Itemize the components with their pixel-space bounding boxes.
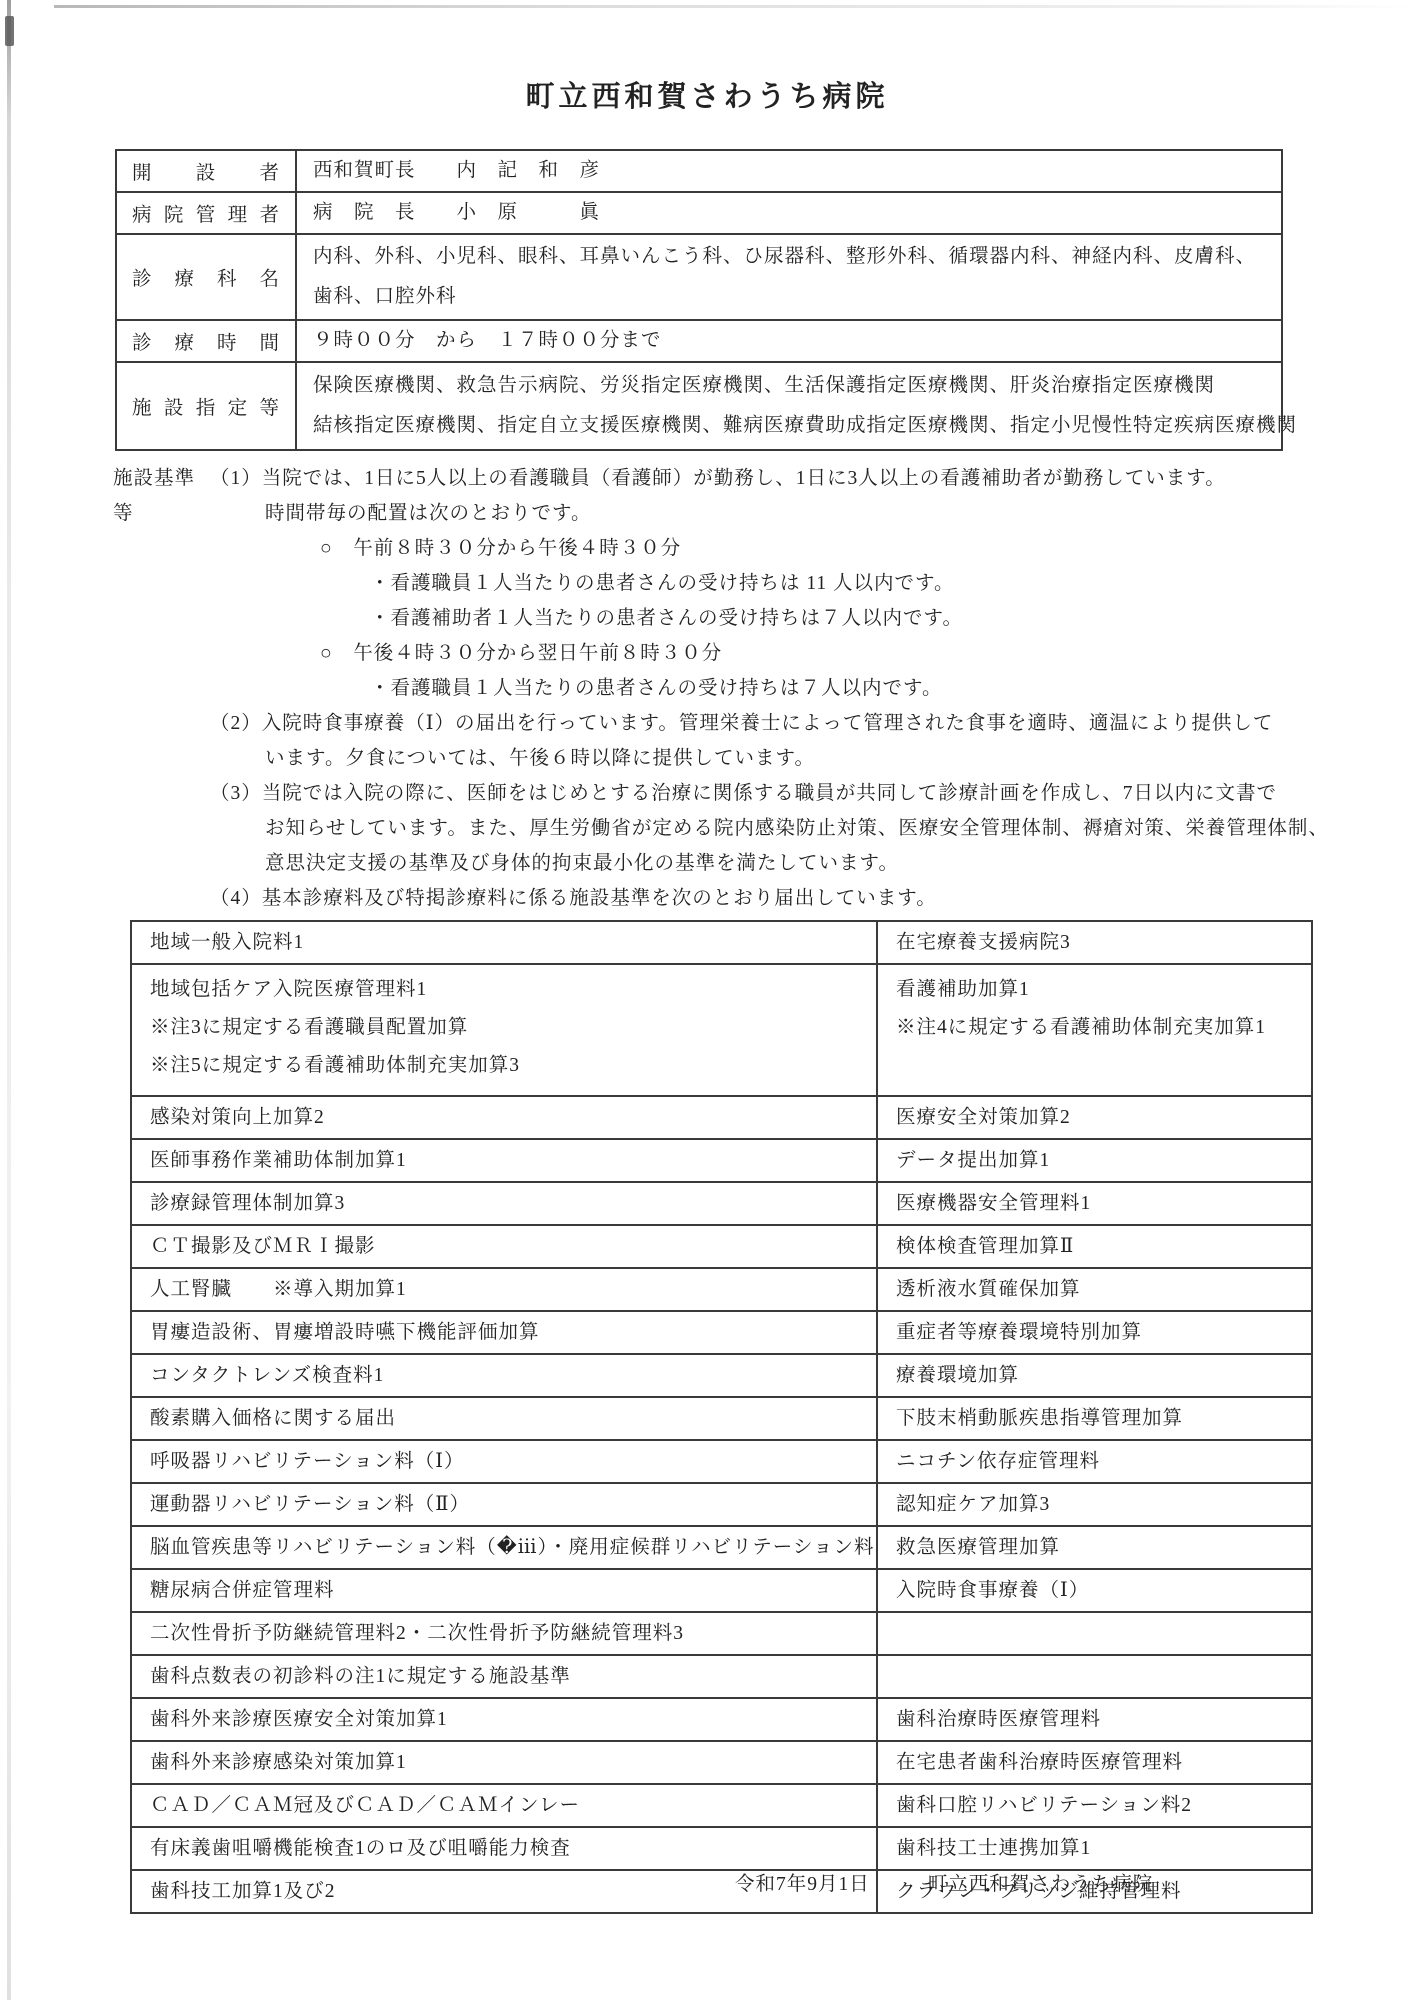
scan-artifact-top-edge xyxy=(54,5,1414,8)
scanned-document-page: 町立西和賀さわうち病院 開設者西和賀町長 内 記 和 彦病院管理者病 院 長 小… xyxy=(0,0,1414,2000)
standards-line: ・看護職員１人当たりの患者さんの受け持ちは７人以内です。 xyxy=(370,671,1329,706)
fee-cell-line: 救急医療管理加算 xyxy=(896,1528,1303,1568)
info-table-row: 診療科名内科、外科、小児科、眼科、耳鼻いんこう科、ひ尿器科、整形外科、循環器内科… xyxy=(116,234,1282,320)
fee-cell-line: 有床義歯咀嚼機能検査1のロ及び咀嚼能力検査 xyxy=(150,1829,868,1869)
fee-table-row: 歯科外来診療医療安全対策加算1歯科治療時医療管理料 xyxy=(131,1698,1312,1741)
facility-standards-text: （1）当院では、1日に5人以上の看護職員（看護師）が勤務し、1日に3人以上の看護… xyxy=(210,461,1329,916)
fee-cell-line: 感染対策向上加算2 xyxy=(150,1098,868,1138)
fee-cell-line: 二次性骨折予防継続管理料2・二次性骨折予防継続管理料3 xyxy=(150,1614,868,1654)
fee-cell-left: 二次性骨折予防継続管理料2・二次性骨折予防継続管理料3 xyxy=(131,1612,877,1655)
hospital-info-table-body: 開設者西和賀町長 内 記 和 彦病院管理者病 院 長 小 原 眞診療科名内科、外… xyxy=(116,150,1282,450)
fee-cell-line: 在宅療養支援病院3 xyxy=(896,923,1303,963)
standards-line: （1）当院では、1日に5人以上の看護職員（看護師）が勤務し、1日に3人以上の看護… xyxy=(210,461,1329,496)
fee-cell-left: 診療録管理体制加算3 xyxy=(131,1182,877,1225)
fee-cell-right: 検体検査管理加算Ⅱ xyxy=(877,1225,1312,1268)
fee-cell-line: 入院時食事療養（Ⅰ） xyxy=(896,1571,1303,1611)
fee-cell-left: 歯科外来診療感染対策加算1 xyxy=(131,1741,877,1784)
fee-cell-right: 歯科口腔リハビリテーション料2 xyxy=(877,1784,1312,1827)
standards-line: 意思決定支援の基準及び身体的拘束最小化の基準を満たしています。 xyxy=(265,846,1329,881)
standards-line: います。夕食については、午後６時以降に提供しています。 xyxy=(265,741,1329,776)
fee-cell-line: 歯科治療時医療管理料 xyxy=(896,1700,1303,1740)
fee-cell-left: 呼吸器リハビリテーション料（Ⅰ） xyxy=(131,1440,877,1483)
fee-cell-right: 在宅療養支援病院3 xyxy=(877,921,1312,964)
footer-hospital-name: 町立西和賀さわうち病院 xyxy=(928,1874,1154,1895)
info-row-label: 病院管理者 xyxy=(116,192,296,234)
fee-table-row: 医師事務作業補助体制加算1データ提出加算1 xyxy=(131,1139,1312,1182)
standards-line: 時間帯毎の配置は次のとおりです。 xyxy=(265,496,1329,531)
fee-cell-line: 酸素購入価格に関する届出 xyxy=(150,1399,868,1439)
fee-table-row: 人工腎臓 ※導入期加算1透析液水質確保加算 xyxy=(131,1268,1312,1311)
fee-cell-line: 下肢末梢動脈疾患指導管理加算 xyxy=(896,1399,1303,1439)
info-value-line: ９時００分 から １７時００分まで xyxy=(313,321,1271,361)
notified-standards-table-body: 地域一般入院料1在宅療養支援病院3地域包括ケア入院医療管理料1※注3に規定する看… xyxy=(131,921,1312,1913)
fee-table-row: 呼吸器リハビリテーション料（Ⅰ）ニコチン依存症管理料 xyxy=(131,1440,1312,1483)
fee-cell-line: 胃瘻造設術、胃瘻増設時嚥下機能評価加算 xyxy=(150,1313,868,1353)
info-value-line: 西和賀町長 内 記 和 彦 xyxy=(313,151,1271,191)
fee-cell-line: 重症者等療養環境特別加算 xyxy=(896,1313,1303,1353)
info-row-label: 開設者 xyxy=(116,150,296,192)
hospital-info-table: 開設者西和賀町長 内 記 和 彦病院管理者病 院 長 小 原 眞診療科名内科、外… xyxy=(115,149,1283,451)
fee-cell-line: 歯科技工士連携加算1 xyxy=(896,1829,1303,1869)
standards-line: ・看護補助者１人当たりの患者さんの受け持ちは７人以内です。 xyxy=(370,601,1329,636)
fee-cell-right: 看護補助加算1※注4に規定する看護補助体制充実加算1 xyxy=(877,964,1312,1096)
fee-cell-line: 脳血管疾患等リハビリテーション料（�ⅲ）・廃用症候群リハビリテーション料 xyxy=(150,1528,868,1568)
fee-table-row: 地域一般入院料1在宅療養支援病院3 xyxy=(131,921,1312,964)
fee-cell-line: 医療機器安全管理料1 xyxy=(896,1184,1303,1224)
info-table-row: 施設指定等保険医療機関、救急告示病院、労災指定医療機関、生活保護指定医療機関、肝… xyxy=(116,362,1282,450)
standards-line: ○ 午前８時３０分から午後４時３０分 xyxy=(320,531,1329,566)
fee-cell-line: 地域包括ケア入院医療管理料1 xyxy=(150,971,868,1009)
fee-table-row: ＣＡＤ／ＣＡＭ冠及びＣＡＤ／ＣＡＭインレー歯科口腔リハビリテーション料2 xyxy=(131,1784,1312,1827)
fee-cell-line: 認知症ケア加算3 xyxy=(896,1485,1303,1525)
fee-cell-right: 救急医療管理加算 xyxy=(877,1526,1312,1569)
info-row-value: 保険医療機関、救急告示病院、労災指定医療機関、生活保護指定医療機関、肝炎治療指定… xyxy=(296,362,1282,450)
fee-cell-left: 歯科外来診療医療安全対策加算1 xyxy=(131,1698,877,1741)
fee-cell-right: 下肢末梢動脈疾患指導管理加算 xyxy=(877,1397,1312,1440)
info-value-line: 内科、外科、小児科、眼科、耳鼻いんこう科、ひ尿器科、整形外科、循環器内科、神経内… xyxy=(313,237,1271,277)
fee-cell-left: 地域一般入院料1 xyxy=(131,921,877,964)
fee-cell-line: 地域一般入院料1 xyxy=(150,923,868,963)
fee-cell-line: 検体検査管理加算Ⅱ xyxy=(896,1227,1303,1267)
info-table-row: 病院管理者病 院 長 小 原 眞 xyxy=(116,192,1282,234)
fee-cell-line: コンタクトレンズ検査料1 xyxy=(150,1356,868,1396)
fee-cell-right: データ提出加算1 xyxy=(877,1139,1312,1182)
fee-cell-left: コンタクトレンズ検査料1 xyxy=(131,1354,877,1397)
fee-cell-line: 看護補助加算1 xyxy=(896,971,1303,1009)
fee-cell-left: 医師事務作業補助体制加算1 xyxy=(131,1139,877,1182)
fee-cell-line: ニコチン依存症管理料 xyxy=(896,1442,1303,1482)
fee-cell-line: ＣＡＤ／ＣＡＭ冠及びＣＡＤ／ＣＡＭインレー xyxy=(150,1786,868,1826)
fee-cell-right: 認知症ケア加算3 xyxy=(877,1483,1312,1526)
fee-cell-line: ＣＴ撮影及びＭＲＩ撮影 xyxy=(150,1227,868,1267)
fee-cell-line: 運動器リハビリテーション料（Ⅱ） xyxy=(150,1485,868,1525)
fee-table-row: 胃瘻造設術、胃瘻増設時嚥下機能評価加算重症者等療養環境特別加算 xyxy=(131,1311,1312,1354)
info-table-row: 診療時間９時００分 から １７時００分まで xyxy=(116,320,1282,362)
fee-table-row: 脳血管疾患等リハビリテーション料（�ⅲ）・廃用症候群リハビリテーション料救急医療… xyxy=(131,1526,1312,1569)
fee-cell-left: 脳血管疾患等リハビリテーション料（�ⅲ）・廃用症候群リハビリテーション料 xyxy=(131,1526,877,1569)
info-row-value: 病 院 長 小 原 眞 xyxy=(296,192,1282,234)
fee-table-row: 歯科外来診療感染対策加算1在宅患者歯科治療時医療管理料 xyxy=(131,1741,1312,1784)
fee-cell-left: 人工腎臓 ※導入期加算1 xyxy=(131,1268,877,1311)
info-row-value: 内科、外科、小児科、眼科、耳鼻いんこう科、ひ尿器科、整形外科、循環器内科、神経内… xyxy=(296,234,1282,320)
fee-table-row: ＣＴ撮影及びＭＲＩ撮影検体検査管理加算Ⅱ xyxy=(131,1225,1312,1268)
document-footer: 令和7年9月1日町立西和賀さわうち病院 xyxy=(735,1868,1153,1896)
fee-table-row: 歯科点数表の初診料の注1に規定する施設基準 xyxy=(131,1655,1312,1698)
fee-cell-line: 診療録管理体制加算3 xyxy=(150,1184,868,1224)
fee-cell-line: ※注5に規定する看護補助体制充実加算3 xyxy=(150,1047,868,1085)
standards-line: （3）当院では入院の際に、医師をはじめとする治療に関係する職員が共同して診療計画… xyxy=(210,776,1329,811)
fee-cell-line: 呼吸器リハビリテーション料（Ⅰ） xyxy=(150,1442,868,1482)
info-value-line: 歯科、口腔外科 xyxy=(313,277,1271,317)
fee-cell-right: ニコチン依存症管理料 xyxy=(877,1440,1312,1483)
fee-cell-right: 医療機器安全管理料1 xyxy=(877,1182,1312,1225)
fee-cell-left: ＣＴ撮影及びＭＲＩ撮影 xyxy=(131,1225,877,1268)
fee-table-row: 診療録管理体制加算3医療機器安全管理料1 xyxy=(131,1182,1312,1225)
notified-standards-table: 地域一般入院料1在宅療養支援病院3地域包括ケア入院医療管理料1※注3に規定する看… xyxy=(130,920,1313,1914)
scan-artifact-corner-mark xyxy=(5,16,14,46)
scan-artifact-left-edge xyxy=(7,0,11,2000)
fee-cell-line: 歯科外来診療感染対策加算1 xyxy=(150,1743,868,1783)
fee-cell-left: 運動器リハビリテーション料（Ⅱ） xyxy=(131,1483,877,1526)
info-table-row: 開設者西和賀町長 内 記 和 彦 xyxy=(116,150,1282,192)
fee-cell-left: 歯科点数表の初診料の注1に規定する施設基準 xyxy=(131,1655,877,1698)
fee-cell-right: 透析液水質確保加算 xyxy=(877,1268,1312,1311)
fee-cell-left: 胃瘻造設術、胃瘻増設時嚥下機能評価加算 xyxy=(131,1311,877,1354)
fee-cell-line: 歯科口腔リハビリテーション料2 xyxy=(896,1786,1303,1826)
standards-line: （4）基本診療料及び特掲診療料に係る施設基準を次のとおり届出しています。 xyxy=(210,881,1329,916)
fee-cell-line: 歯科外来診療医療安全対策加算1 xyxy=(150,1700,868,1740)
fee-table-row: 地域包括ケア入院医療管理料1※注3に規定する看護職員配置加算※注5に規定する看護… xyxy=(131,964,1312,1096)
fee-cell-right: 入院時食事療養（Ⅰ） xyxy=(877,1569,1312,1612)
fee-cell-line: 療養環境加算 xyxy=(896,1356,1303,1396)
info-row-label: 施設指定等 xyxy=(116,362,296,450)
fee-cell-line: 在宅患者歯科治療時医療管理料 xyxy=(896,1743,1303,1783)
info-row-value: ９時００分 から １７時００分まで xyxy=(296,320,1282,362)
fee-table-row: 運動器リハビリテーション料（Ⅱ）認知症ケア加算3 xyxy=(131,1483,1312,1526)
fee-cell-left: 有床義歯咀嚼機能検査1のロ及び咀嚼能力検査 xyxy=(131,1827,877,1870)
standards-line: （2）入院時食事療養（Ⅰ）の届出を行っています。管理栄養士によって管理された食事… xyxy=(210,706,1329,741)
fee-cell-right: 歯科技工士連携加算1 xyxy=(877,1827,1312,1870)
fee-cell-right xyxy=(877,1655,1312,1698)
standards-line: ○ 午後４時３０分から翌日午前８時３０分 xyxy=(320,636,1329,671)
fee-cell-left: 酸素購入価格に関する届出 xyxy=(131,1397,877,1440)
fee-cell-right: 療養環境加算 xyxy=(877,1354,1312,1397)
fee-cell-line: ※注4に規定する看護補助体制充実加算1 xyxy=(896,1009,1303,1047)
fee-cell-right: 医療安全対策加算2 xyxy=(877,1096,1312,1139)
fee-cell-left: 感染対策向上加算2 xyxy=(131,1096,877,1139)
fee-cell-line: 歯科点数表の初診料の注1に規定する施設基準 xyxy=(150,1657,868,1697)
facility-standards-section: 施設基準等 （1）当院では、1日に5人以上の看護職員（看護師）が勤務し、1日に3… xyxy=(113,461,1414,916)
fee-cell-line: 人工腎臓 ※導入期加算1 xyxy=(150,1270,868,1310)
fee-table-row: 酸素購入価格に関する届出下肢末梢動脈疾患指導管理加算 xyxy=(131,1397,1312,1440)
standards-line: ・看護職員１人当たりの患者さんの受け持ちは 11 人以内です。 xyxy=(370,566,1329,601)
fee-cell-line: 糖尿病合併症管理料 xyxy=(150,1571,868,1611)
fee-cell-left: 地域包括ケア入院医療管理料1※注3に規定する看護職員配置加算※注5に規定する看護… xyxy=(131,964,877,1096)
fee-cell-left: ＣＡＤ／ＣＡＭ冠及びＣＡＤ／ＣＡＭインレー xyxy=(131,1784,877,1827)
fee-table-row: 感染対策向上加算2医療安全対策加算2 xyxy=(131,1096,1312,1139)
facility-standards-label: 施設基準等 xyxy=(113,461,210,916)
fee-cell-right: 歯科治療時医療管理料 xyxy=(877,1698,1312,1741)
fee-cell-line: ※注3に規定する看護職員配置加算 xyxy=(150,1009,868,1047)
fee-table-row: 有床義歯咀嚼機能検査1のロ及び咀嚼能力検査歯科技工士連携加算1 xyxy=(131,1827,1312,1870)
fee-cell-right: 在宅患者歯科治療時医療管理料 xyxy=(877,1741,1312,1784)
fee-cell-line: データ提出加算1 xyxy=(896,1141,1303,1181)
fee-cell-line: 透析液水質確保加算 xyxy=(896,1270,1303,1310)
fee-table-row: コンタクトレンズ検査料1療養環境加算 xyxy=(131,1354,1312,1397)
fee-cell-right xyxy=(877,1612,1312,1655)
fee-table-row: 二次性骨折予防継続管理料2・二次性骨折予防継続管理料3 xyxy=(131,1612,1312,1655)
fee-cell-line: 医師事務作業補助体制加算1 xyxy=(150,1141,868,1181)
info-value-line: 保険医療機関、救急告示病院、労災指定医療機関、生活保護指定医療機関、肝炎治療指定… xyxy=(313,366,1271,406)
info-row-label: 診療科名 xyxy=(116,234,296,320)
info-row-value: 西和賀町長 内 記 和 彦 xyxy=(296,150,1282,192)
document-title: 町立西和賀さわうち病院 xyxy=(0,0,1414,115)
info-value-line: 結核指定医療機関、指定自立支援医療機関、難病医療費助成指定医療機関、指定小児慢性… xyxy=(313,406,1271,446)
fee-cell-right: 重症者等療養環境特別加算 xyxy=(877,1311,1312,1354)
fee-cell-left: 糖尿病合併症管理料 xyxy=(131,1569,877,1612)
fee-cell-line: 医療安全対策加算2 xyxy=(896,1098,1303,1138)
info-value-line: 病 院 長 小 原 眞 xyxy=(313,193,1271,233)
info-row-label: 診療時間 xyxy=(116,320,296,362)
footer-date: 令和7年9月1日 xyxy=(735,1874,870,1895)
standards-line: お知らせしています。また、厚生労働省が定める院内感染防止対策、医療安全管理体制、… xyxy=(265,811,1329,846)
fee-table-row: 糖尿病合併症管理料入院時食事療養（Ⅰ） xyxy=(131,1569,1312,1612)
